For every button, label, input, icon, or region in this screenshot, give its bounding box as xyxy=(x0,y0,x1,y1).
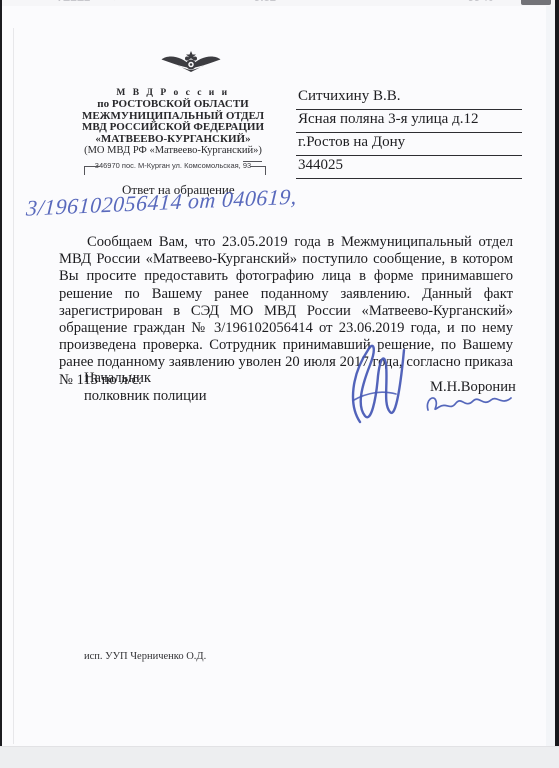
photo-right-edge xyxy=(555,0,559,746)
signal-dots-icon: ●●●●● xyxy=(8,0,43,3)
executor-label: исп. УУП Черниченко О.Д. xyxy=(84,651,206,662)
battery-percent-label: 99 % xyxy=(468,0,493,4)
corner-mark-left xyxy=(84,166,100,175)
signature-scribble-icon xyxy=(344,338,416,435)
signer-post-line2: полковник полиции xyxy=(84,388,207,405)
recipient-block: Ситчихину В.В. Ясная поляна 3-я улица д.… xyxy=(296,88,522,180)
photo-bottom-strip xyxy=(0,746,559,768)
recipient-street: Ясная поляна 3-я улица д.12 xyxy=(296,111,522,133)
address-underline xyxy=(243,161,262,162)
signer-post-line1: Начальник xyxy=(84,370,151,387)
recipient-name: Ситчихину В.В. xyxy=(296,88,522,110)
carrier-label: TELE2 xyxy=(56,0,90,4)
network-type-icon: ▾ xyxy=(112,0,117,3)
page-right-margin xyxy=(546,6,555,746)
handwritten-registration-number: 3/196102056414 от 040619, xyxy=(25,182,326,221)
clock-label: 9:52 xyxy=(254,0,276,4)
letter-body-paragraph: Сообщаем Вам, что 23.05.2019 года в Межм… xyxy=(59,234,513,389)
battery-icon xyxy=(521,0,551,5)
org-short-name: (МО МВД РФ «Матвеево-Курганский») xyxy=(58,145,288,156)
corner-mark-right xyxy=(250,166,266,175)
org-name-line: МВД РОССИЙСКОЙ ФЕДЕРАЦИИ xyxy=(58,122,288,133)
recipient-zipcode: 344025 xyxy=(296,157,522,179)
letterhead: М В Д Р о с с и и по РОСТОВСКОЙ ОБЛАСТИ … xyxy=(58,88,288,172)
page-left-shadow xyxy=(13,28,14,744)
photo-left-edge xyxy=(0,0,2,746)
mvd-eagle-emblem-icon xyxy=(160,50,222,85)
status-bar: ●●●●● TELE2 ▾ 9:52 99 % xyxy=(0,0,559,6)
signature-flourish-icon xyxy=(424,391,514,422)
org-name-line: «МАТВЕЕВО-КУРГАНСКИЙ» xyxy=(58,134,288,145)
recipient-city: г.Ростов на Дону xyxy=(296,134,522,156)
document-photo: ●●●●● TELE2 ▾ 9:52 99 % М В Д Р о с с и … xyxy=(0,0,559,768)
